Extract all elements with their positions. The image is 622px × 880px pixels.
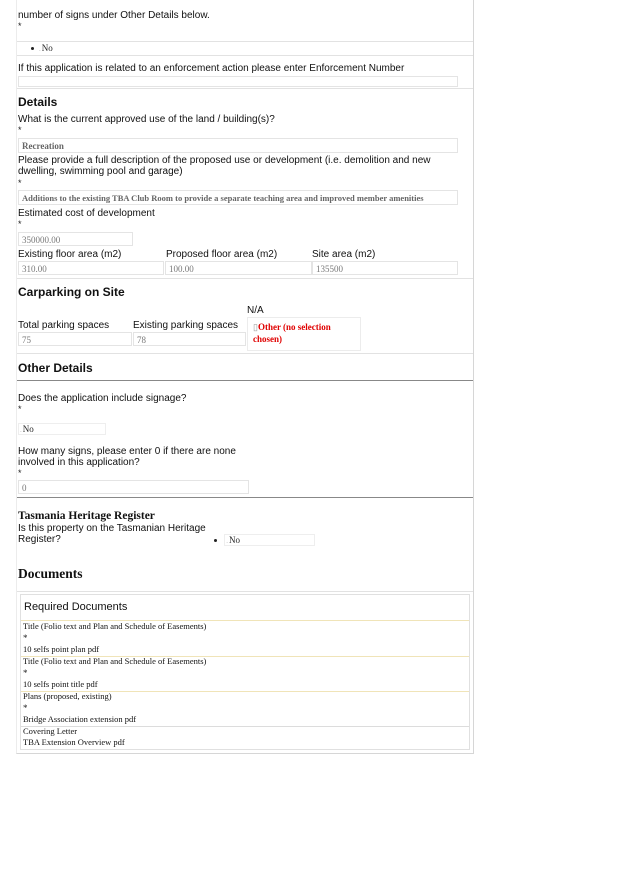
required-mark: * (18, 470, 22, 476)
sign-count-label-line1: How many signs, please enter 0 if there … (18, 446, 236, 457)
other-details-heading: Other Details (18, 361, 93, 375)
document-file-link[interactable]: 10 selfs point title pdf (23, 679, 469, 690)
na-label: N/A (247, 305, 264, 316)
sign-count-label-line2: involved in this application? (18, 457, 140, 468)
existing-parking-input[interactable]: 78 (133, 332, 246, 346)
heritage-label-line1: Is this property on the Tasmanian Herita… (18, 523, 206, 534)
bullet-icon (31, 47, 34, 50)
existing-parking-label: Existing parking spaces (133, 320, 238, 331)
proposed-floor-input[interactable]: 100.00 (165, 261, 312, 275)
section-divider (17, 380, 473, 381)
divider (17, 88, 473, 89)
divider (17, 278, 473, 279)
section-divider (17, 497, 473, 498)
heritage-heading: Tasmania Heritage Register (18, 510, 155, 522)
bullet-icon (214, 539, 217, 542)
details-heading: Details (18, 95, 57, 109)
required-mark: * (18, 180, 22, 186)
signage-label: Does the application include signage? (18, 393, 186, 404)
na-selection-text: Other (no selection chosen) (253, 322, 331, 344)
required-mark: * (23, 632, 469, 644)
signage-note-text: number of signs under Other Details belo… (18, 10, 210, 21)
radio-label: No (229, 535, 240, 545)
required-documents-heading: Required Documents (24, 601, 127, 613)
heritage-radio-option[interactable]: .No (214, 534, 315, 546)
document-type: Covering Letter (23, 726, 469, 737)
document-type: Plans (proposed, existing) (23, 691, 469, 702)
existing-floor-label: Existing floor area (m2) (18, 249, 121, 260)
total-parking-input[interactable]: 75 (18, 332, 132, 346)
sign-count-input[interactable]: 0 (18, 480, 249, 494)
description-input[interactable]: Additions to the existing TBA Club Room … (18, 190, 458, 205)
required-mark: * (18, 127, 22, 133)
documents-heading: Documents (18, 566, 83, 582)
proposed-floor-label: Proposed floor area (m2) (166, 249, 277, 260)
radio-icon: . (226, 537, 228, 545)
radio-field: .No (224, 534, 315, 546)
required-mark: * (18, 221, 22, 227)
signage-radio-option[interactable]: .No (18, 423, 106, 435)
required-mark: * (23, 667, 469, 679)
document-item: Title (Folio text and Plan and Schedule … (21, 656, 469, 690)
required-documents-panel: Required Documents Title (Folio text and… (20, 594, 470, 750)
current-use-input[interactable]: Recreation (18, 138, 458, 153)
radio-label: No (23, 424, 34, 434)
heritage-label-line2: Register? (18, 534, 61, 545)
na-select[interactable]: ▯Other (no selection chosen) (247, 317, 361, 351)
cost-input[interactable]: 350000.00 (18, 232, 133, 246)
radio-icon: . (20, 426, 22, 434)
total-parking-label: Total parking spaces (18, 320, 109, 331)
radio-icon: . (39, 45, 41, 53)
divider (17, 55, 473, 56)
site-area-label: Site area (m2) (312, 249, 375, 260)
document-item: Covering Letter TBA Extension Overview p… (21, 726, 469, 748)
document-item: Title (Folio text and Plan and Schedule … (21, 621, 469, 655)
document-item: Plans (proposed, existing) * Bridge Asso… (21, 691, 469, 725)
document-type: Title (Folio text and Plan and Schedule … (23, 656, 469, 667)
document-type: Title (Folio text and Plan and Schedule … (23, 621, 469, 632)
application-form-page: number of signs under Other Details belo… (16, 0, 474, 754)
radio-label: No (42, 43, 53, 53)
required-mark: * (23, 702, 469, 714)
document-file-link[interactable]: TBA Extension Overview pdf (23, 737, 469, 748)
document-file-link[interactable]: 10 selfs point plan pdf (23, 644, 469, 655)
divider (17, 591, 473, 592)
enforcement-number-input[interactable] (18, 76, 458, 87)
enforcement-label: If this application is related to an enf… (18, 63, 404, 74)
divider (17, 41, 473, 42)
current-use-label: What is the current approved use of the … (18, 114, 275, 125)
signage-radio-option[interactable]: .No (31, 43, 53, 53)
existing-floor-input[interactable]: 310.00 (18, 261, 164, 275)
description-label: Please provide a full description of the… (18, 155, 458, 177)
site-area-input[interactable]: 135500 (312, 261, 458, 275)
cost-label: Estimated cost of development (18, 208, 155, 219)
required-mark: * (18, 23, 22, 29)
divider (17, 353, 473, 354)
required-mark: * (18, 406, 22, 412)
carparking-heading: Carparking on Site (18, 285, 125, 299)
document-file-link[interactable]: Bridge Association extension pdf (23, 714, 469, 725)
